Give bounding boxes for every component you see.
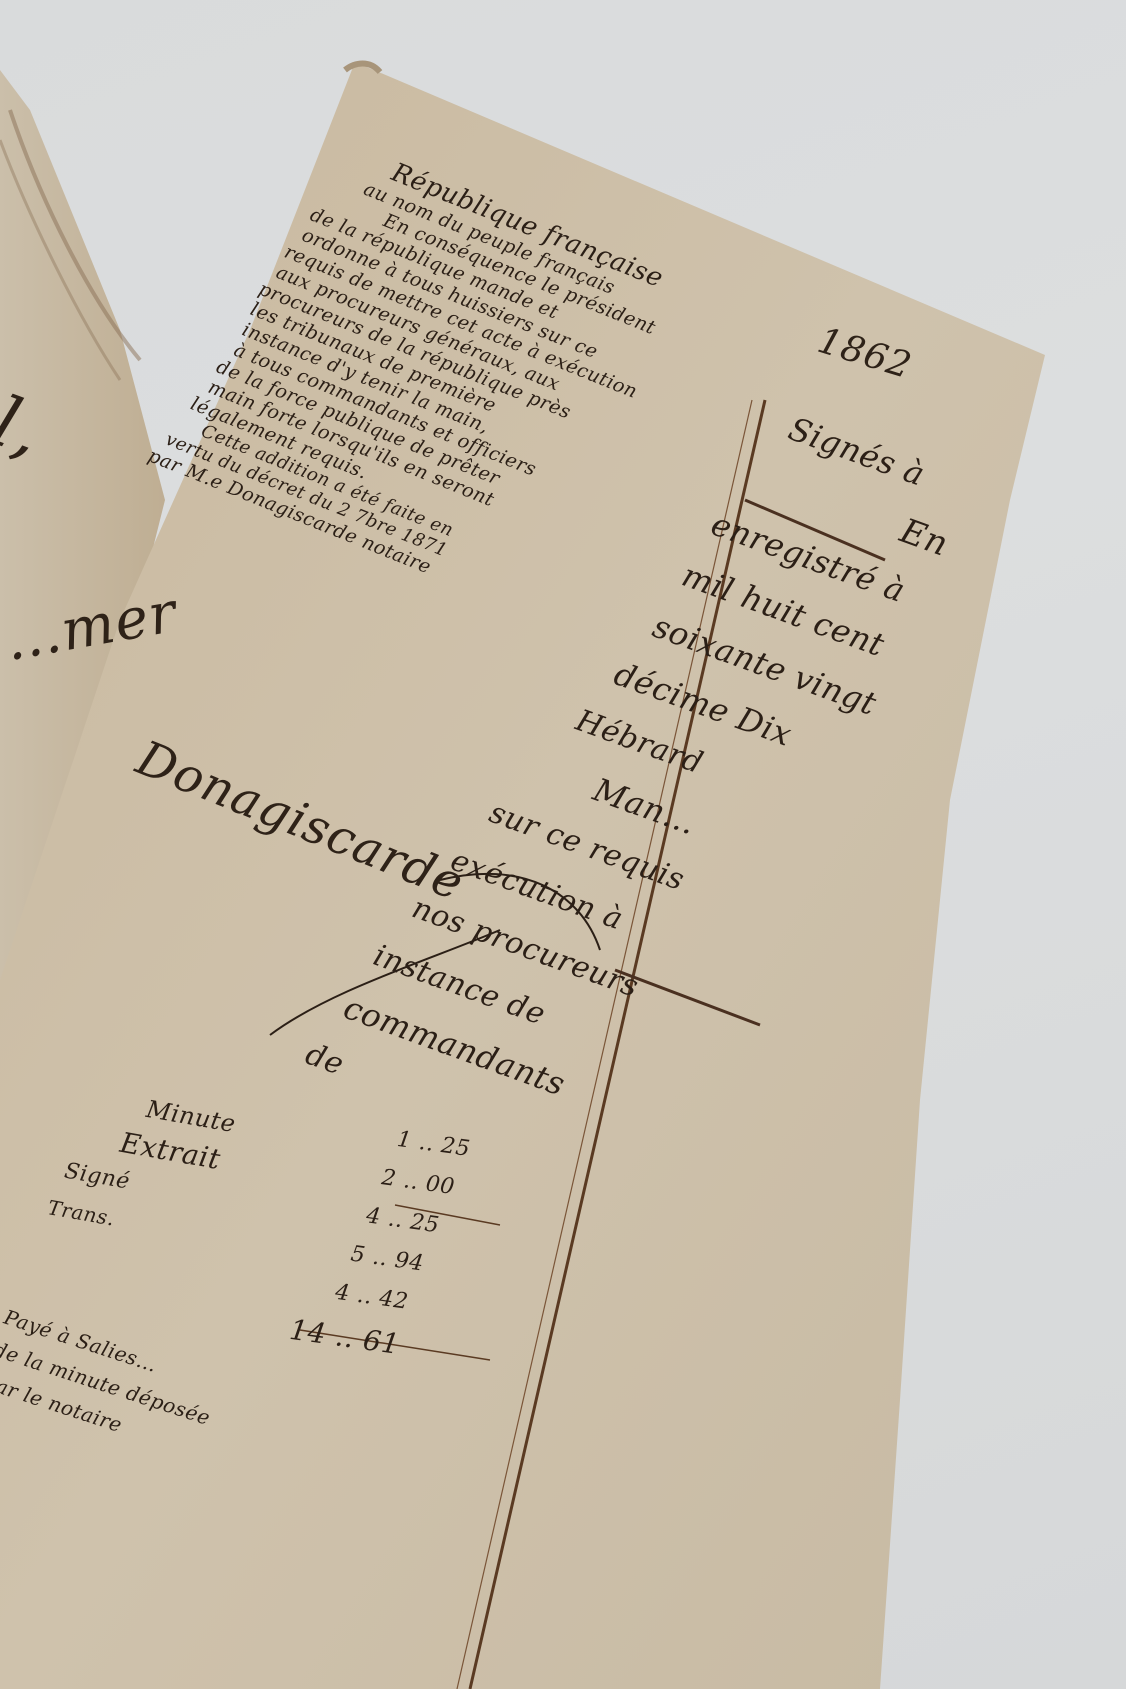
photo-scene: l, …mer 1862 République française au nom… [0, 0, 1126, 1689]
